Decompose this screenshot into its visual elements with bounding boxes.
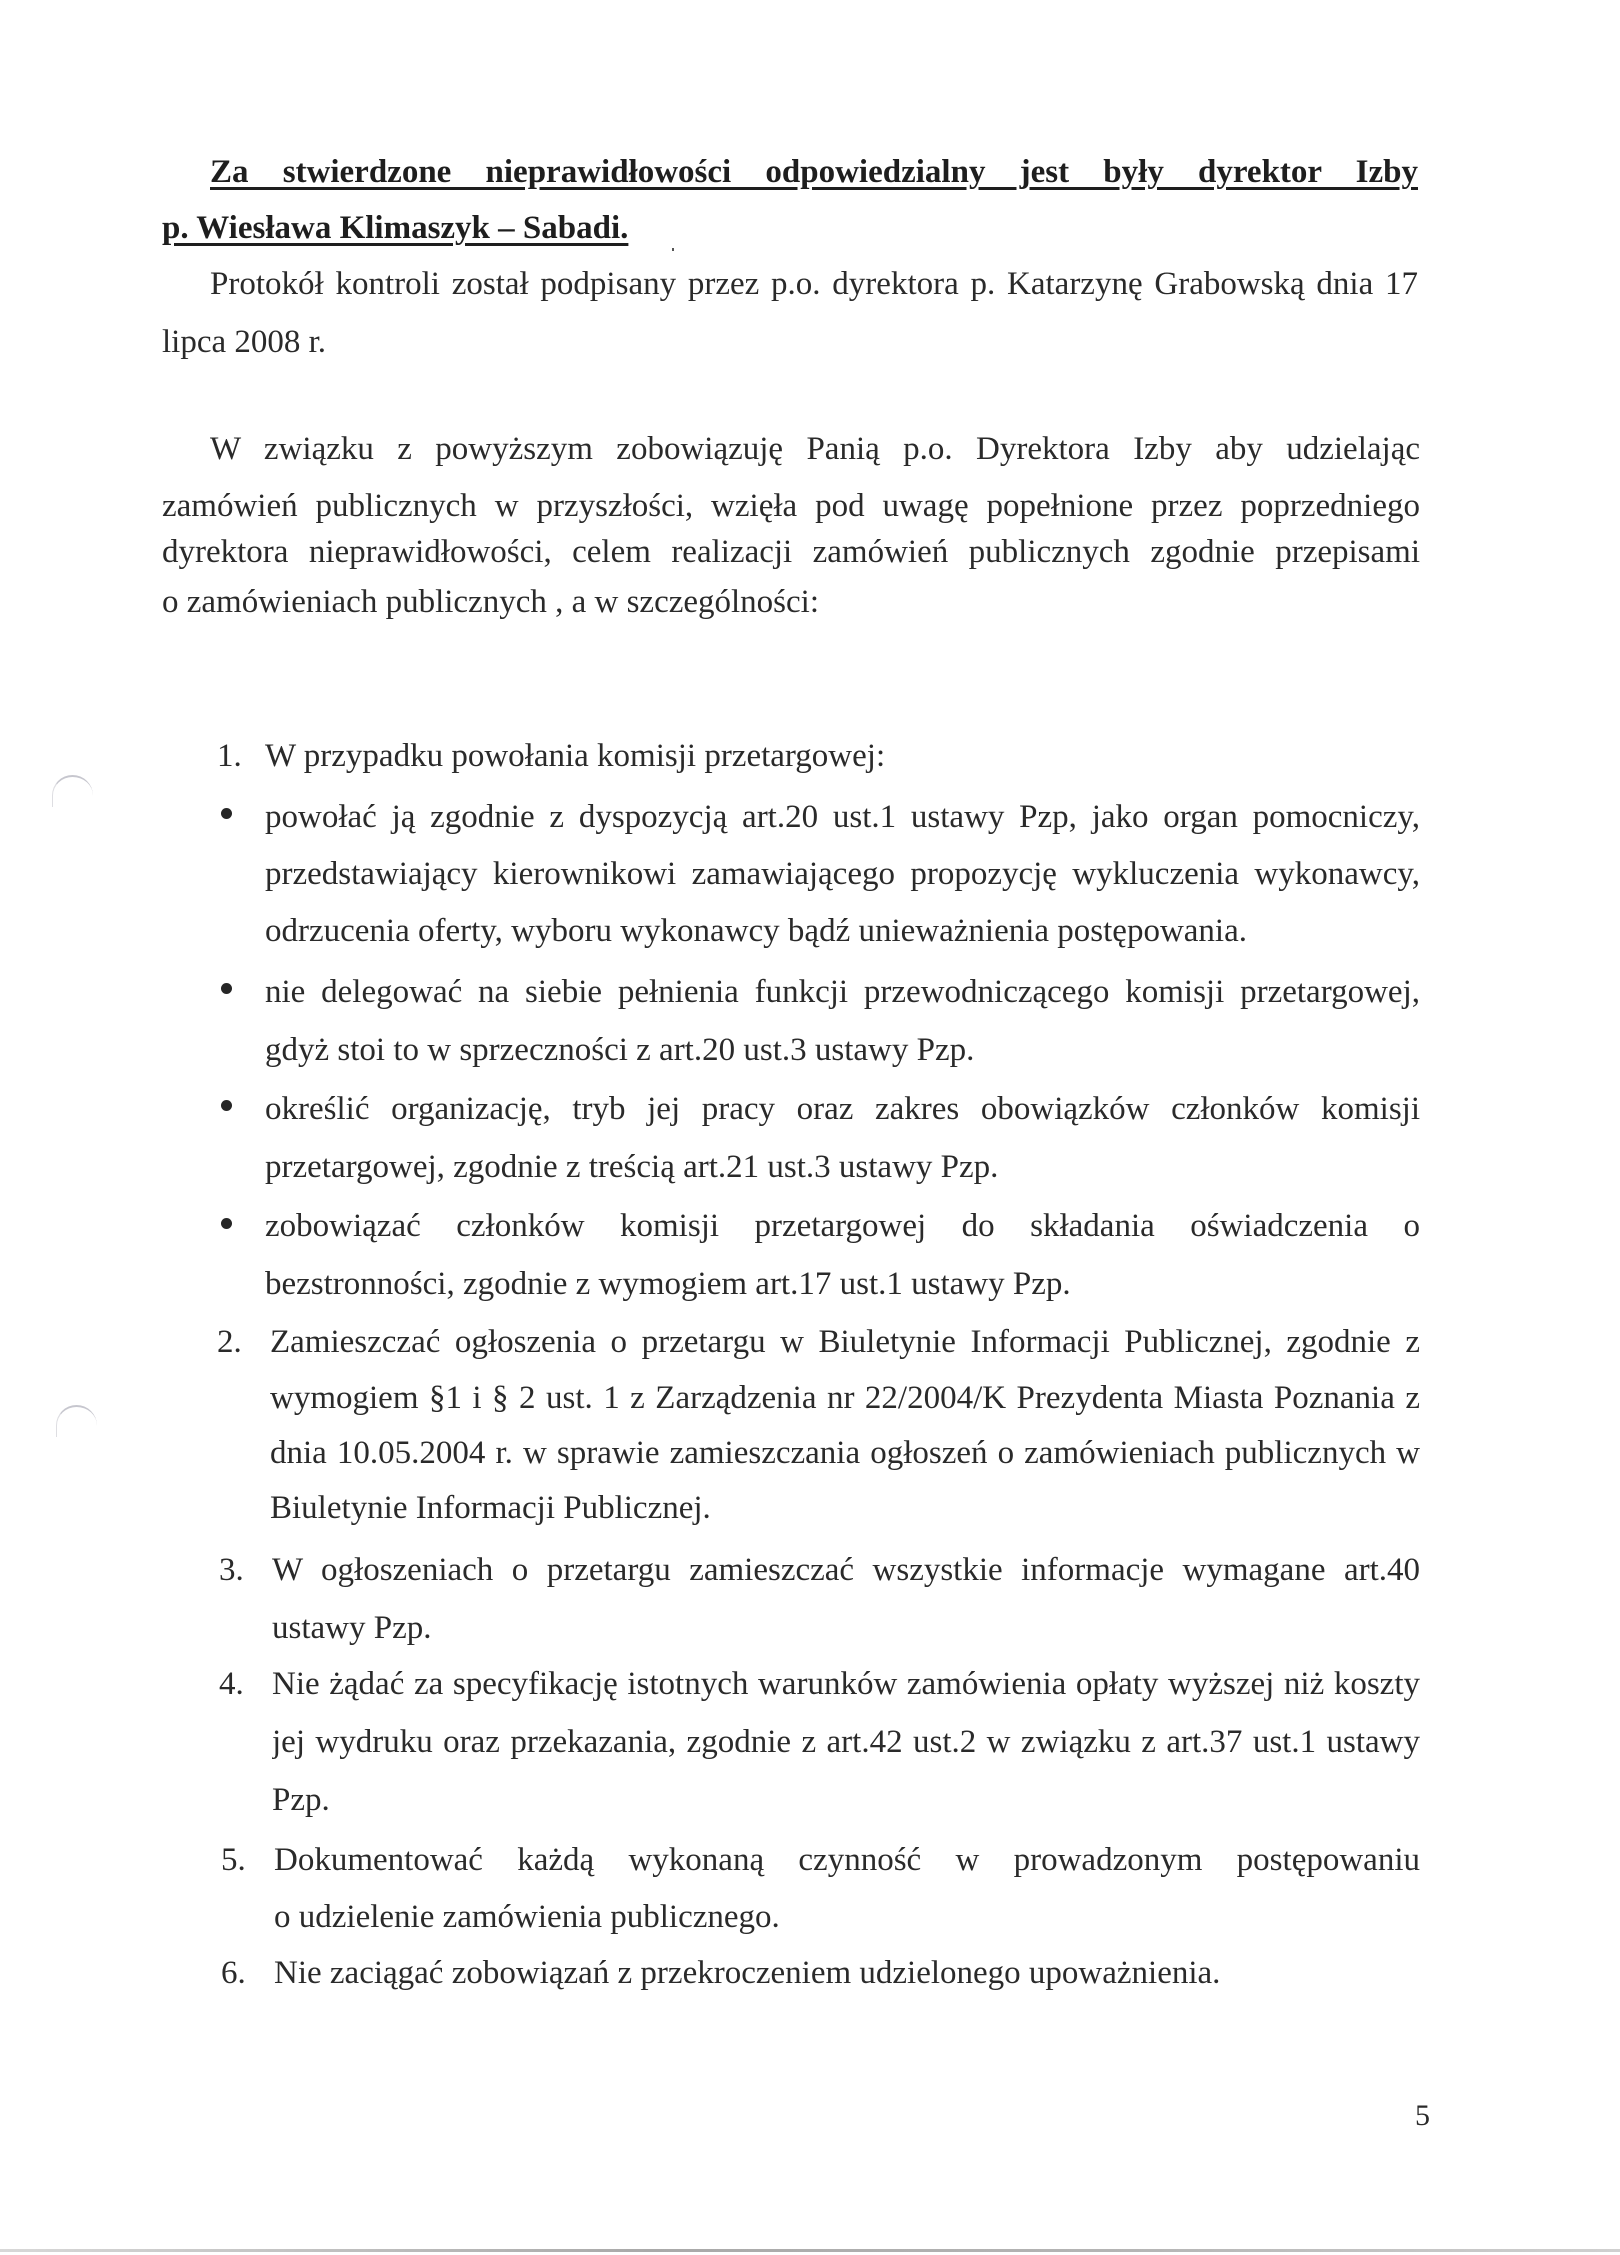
list-number-1: 1.	[217, 736, 242, 776]
protocol-line-1: Protokół kontroli został podpisany przez…	[210, 264, 1418, 304]
list-item-3-line-1: W ogłoszeniach o przetargu zamieszczać w…	[272, 1550, 1420, 1590]
obligation-line-1: W związku z powyższym zobowiązuję Panią …	[210, 429, 1420, 469]
scan-artifact	[672, 248, 674, 251]
list-number-5: 5.	[221, 1840, 246, 1880]
list-item-4-line-2: jej wydruku oraz przekazania, zgodnie z …	[272, 1722, 1420, 1762]
bullet-3-line-2: przetargowej, zgodnie z treścią art.21 u…	[265, 1147, 998, 1187]
bullet-2-line-2: gdyż stoi to w sprzeczności z art.20 ust…	[265, 1030, 974, 1070]
list-item-3-line-2: ustawy Pzp.	[272, 1608, 432, 1648]
margin-mark	[56, 1405, 97, 1437]
obligation-line-4: o zamówieniach publicznych , a w szczegó…	[162, 582, 819, 622]
list-item-6-line-1: Nie zaciągać zobowiązań z przekroczeniem…	[274, 1953, 1220, 1993]
obligation-line-3: dyrektora nieprawidłowości, celem realiz…	[162, 532, 1420, 572]
list-item-2-line-2: wymogiem §1 i § 2 ust. 1 z Zarządzenia n…	[270, 1378, 1420, 1418]
list-item-5-line-1: Dokumentować każdą wykonaną czynność w p…	[274, 1840, 1420, 1880]
list-item-4-line-1: Nie żądać za specyfikację istotnych waru…	[272, 1664, 1420, 1704]
list-number-3: 3.	[219, 1550, 244, 1590]
list-item-2-line-3: dnia 10.05.2004 r. w sprawie zamieszczan…	[270, 1433, 1420, 1473]
list-item-1-text: W przypadku powołania komisji przetargow…	[265, 736, 885, 776]
conclusion-line-2: p. Wiesława Klimaszyk – Sabadi.	[162, 208, 628, 248]
bullet-icon	[221, 983, 232, 994]
list-number-2: 2.	[217, 1322, 242, 1362]
list-item-2-line-1: Zamieszczać ogłoszenia o przetargu w Biu…	[270, 1322, 1420, 1362]
bullet-1-line-1: powołać ją zgodnie z dyspozycją art.20 u…	[265, 797, 1420, 837]
bullet-4-line-2: bezstronności, zgodnie z wymogiem art.17…	[265, 1264, 1071, 1304]
margin-mark	[52, 775, 93, 807]
scan-edge	[0, 2249, 1620, 2252]
bullet-4-line-1: zobowiązać członków komisji przetargowej…	[265, 1206, 1420, 1246]
bullet-1-line-2: przedstawiający kierownikowi zamawiające…	[265, 854, 1420, 894]
bullet-icon	[221, 1218, 232, 1229]
document-page: Za stwierdzone nieprawidłowości odpowied…	[0, 0, 1620, 2255]
bullet-3-line-1: określić organizację, tryb jej pracy ora…	[265, 1089, 1420, 1129]
list-item-2-line-4: Biuletynie Informacji Publicznej.	[270, 1488, 711, 1528]
conclusion-line-1: Za stwierdzone nieprawidłowości odpowied…	[210, 152, 1418, 192]
list-number-4: 4.	[219, 1664, 244, 1704]
bullet-icon	[221, 808, 232, 819]
list-item-5-line-2: o udzielenie zamówienia publicznego.	[274, 1897, 780, 1937]
protocol-line-2: lipca 2008 r.	[162, 322, 326, 362]
bullet-icon	[221, 1100, 232, 1111]
bullet-1-line-3: odrzucenia oferty, wyboru wykonawcy bądź…	[265, 911, 1247, 951]
obligation-line-2: zamówień publicznych w przyszłości, wzię…	[162, 486, 1420, 526]
bullet-2-line-1: nie delegować na siebie pełnienia funkcj…	[265, 972, 1420, 1012]
list-item-4-line-3: Pzp.	[272, 1780, 330, 1820]
page-number: 5	[1415, 2098, 1430, 2134]
list-number-6: 6.	[221, 1953, 246, 1993]
